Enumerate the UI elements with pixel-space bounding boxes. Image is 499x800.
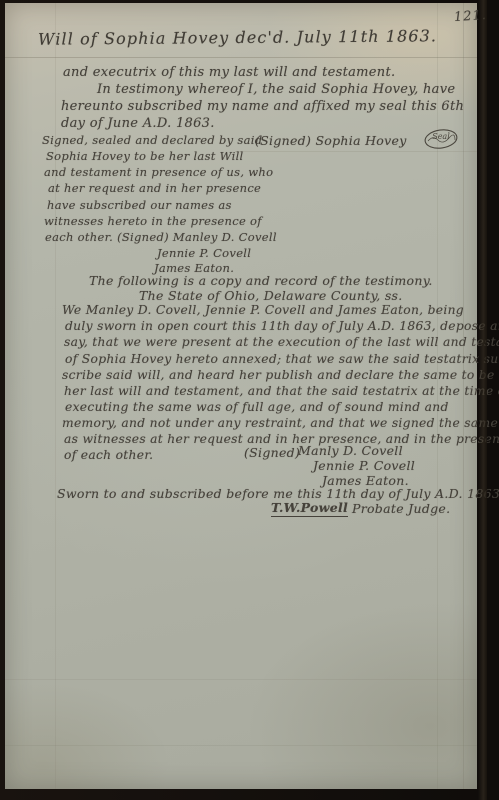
testimony-line: scribe said will, and heard her publish …	[62, 368, 495, 382]
testimony-line: of each other.	[64, 448, 153, 462]
fold-line	[5, 679, 477, 680]
jurisdiction-line: The State of Ohio, Delaware County, ss.	[139, 288, 403, 303]
testimony-line: We Manley D. Covell, Jennie P. Covell an…	[62, 303, 464, 317]
fold-line	[5, 745, 477, 746]
will-closing-line: day of June A.D. 1863.	[61, 116, 215, 131]
jurat-line: Sworn to and subscribed before me this 1…	[57, 486, 499, 501]
attestation-line: at her request and in her presence	[48, 181, 261, 195]
attestation-line: Signed, sealed and declared by said	[42, 133, 262, 147]
attestation-line: Sophia Hovey to be her last Will	[46, 149, 244, 163]
scanned-ledger-photo: 121. Will of Sophia Hovey dec'd. July 11…	[0, 0, 499, 800]
testimony-heading: The following is a copy and record of th…	[89, 273, 433, 288]
testimony-line: memory, and not under any restraint, and…	[62, 416, 498, 430]
fold-line	[5, 57, 477, 58]
judge-signature: T.W.Powell	[271, 500, 348, 517]
testator-signature: (Signed) Sophia Hovey	[255, 133, 407, 148]
will-closing-line: and executrix of this my last will and t…	[63, 65, 395, 80]
testimony-line: duly sworn in open court this 11th day o…	[65, 319, 499, 333]
seal-label: Seal	[423, 132, 459, 141]
signed-label: (Signed)	[244, 445, 300, 460]
page-title: Will of Sophia Hovey dec'd. July 11th 18…	[38, 26, 437, 48]
fold-line	[55, 3, 56, 789]
judge-title: Probate Judge.	[352, 501, 450, 516]
testimony-line: her last will and testament, and that th…	[64, 384, 499, 398]
attestation-line: and testament in presence of us, who	[44, 165, 273, 179]
witness-signature: Jennie P. Covell	[157, 246, 251, 260]
testimony-line: of Sophia Hovey hereto annexed; that we …	[65, 352, 499, 366]
attestation-line: each other. (Signed) Manley D. Covell	[45, 230, 277, 244]
attestation-line: have subscribed our names as	[47, 198, 232, 212]
attestation-line: witnesses hereto in the presence of	[44, 214, 262, 228]
will-closing-line: In testimony whereof I, the said Sophia …	[97, 82, 455, 97]
witness-signature: Jennie P. Covell	[313, 458, 415, 473]
fold-line	[235, 151, 477, 152]
testimony-line: say, that we were present at the executi…	[64, 335, 499, 349]
testimony-line: executing the same was of full age, and …	[65, 400, 449, 414]
seal-icon: Seal	[423, 128, 459, 150]
ledger-page: 121. Will of Sophia Hovey dec'd. July 11…	[5, 3, 477, 789]
witness-signature: Manly D. Covell	[298, 443, 403, 458]
book-edge-shadow	[478, 0, 487, 800]
testimony-line: as witnesses at her request and in her p…	[64, 432, 499, 446]
will-closing-line: hereunto subscribed my name and affixed …	[61, 99, 464, 114]
